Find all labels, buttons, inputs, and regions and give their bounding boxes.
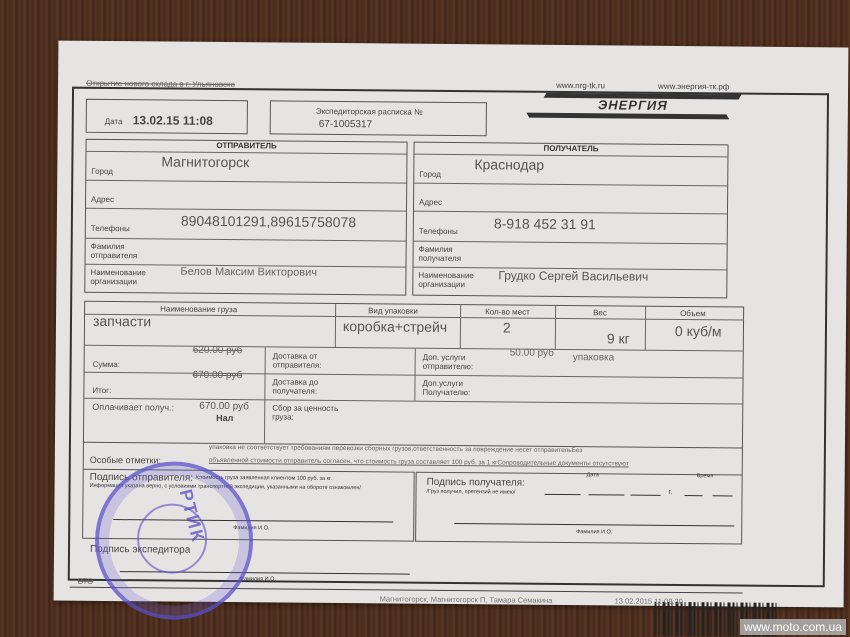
recipient-phones-label: Телефоны (419, 227, 458, 236)
sender-org: Белов Максим Викторович (180, 266, 317, 279)
recipient-fio-label: Фамилия И.О. (576, 529, 612, 535)
sender-phones: 89048101291,89615758078 (181, 213, 356, 231)
recipient-title: ПОЛУЧАТЕЛЬ (414, 143, 727, 158)
payer-value: 670.00 руб (199, 401, 249, 412)
sender-surname-label: Фамилия отправителя (91, 242, 151, 261)
cargo-volume: 0 куб/м (675, 323, 722, 339)
recipient-org: Грудко Сергей Васильевич (498, 268, 648, 283)
extra-recipient-label: Доп.услуги Получателю: (422, 379, 502, 398)
sender-org-label: Наименование организации (90, 268, 150, 287)
delivery-to-label: Доставка до получателя: (272, 377, 352, 396)
footer-operator: Магнитогорск, Магнитогорск П, Тамара Сем… (380, 594, 553, 605)
form-frame: Дата 13.02.15 11:08 Экспедиторская распи… (68, 87, 829, 588)
receipt-label: Экспедиторская расписка № (316, 107, 423, 117)
notes-line-2: объявленной стоимости отправитель соглас… (209, 457, 629, 468)
cargo-header-packaging: Вид упаковки (368, 306, 418, 315)
notes-line-1: упаковка не соответствует требованиям пе… (209, 444, 583, 454)
recipient-hour-field[interactable] (685, 495, 703, 496)
payer-label: Оплачивает получ.: (92, 402, 174, 413)
footer-code: ВТО (78, 577, 94, 586)
value-fee-label: Сбор за ценность груза: (272, 403, 352, 422)
watermark: www.moto.com.ua (740, 619, 846, 635)
recipient-year-suffix: г. (669, 489, 673, 496)
sender-address-label: Адрес (91, 195, 114, 204)
recipient-signature-label: Подпись получателя: (427, 477, 525, 489)
total-label: Итог: (92, 386, 111, 395)
recipient-phones: 8-918 452 31 91 (494, 215, 596, 232)
cargo-weight: 9 кг (607, 330, 630, 346)
extra-sender-label: Доп. услуги отправителю: (423, 353, 503, 372)
date-value: 13.02.15 11:08 (133, 113, 213, 128)
recipient-signature-line[interactable] (454, 523, 734, 526)
cargo-places: 2 (503, 319, 511, 335)
site-link-2: www.энергия-тк.рф (658, 82, 729, 92)
recipient-date-label: Дата (587, 472, 599, 478)
cargo-packaging: коробка+стрейч (343, 318, 447, 335)
recipient-time-label: Время (697, 473, 714, 479)
recipient-year-field[interactable] (631, 495, 661, 496)
recipient-address-label: Адрес (419, 198, 442, 207)
forwarder-fio-label: Фамилия И.О. (240, 576, 276, 582)
recipient-city: Краснодар (474, 156, 544, 173)
date-label: Дата (105, 117, 123, 126)
sum-label: Сумма: (93, 360, 120, 369)
sender-city-label: Город (91, 167, 113, 176)
sender-phones-label: Телефоны (91, 224, 130, 233)
recipient-month-field[interactable] (589, 494, 625, 495)
recipient-minute-field[interactable] (713, 495, 733, 496)
site-link-1: www.nrg-tk.ru (556, 81, 605, 90)
recipient-city-label: Город (419, 170, 441, 179)
footer-printed-time: 13.02.2015 11:09:30 (615, 596, 683, 606)
recipient-surname-label: Фамилия получателя (419, 245, 479, 264)
company-stamp: РТИК (94, 461, 253, 620)
recipient-signature-note: /Груз получил, претензий не имею/ (427, 489, 516, 496)
delivery-from-label: Доставка от отправителя: (273, 351, 353, 370)
receipt-number-box: Экспедиторская расписка № 67-1005317 (270, 100, 487, 136)
payer-note: Нал (216, 413, 233, 423)
cargo-header-weight: Вес (593, 308, 607, 317)
cargo-header-volume: Объем (680, 309, 706, 318)
extra-sender-value: 50.00 руб (510, 348, 554, 359)
extra-sender-note: упаковка (573, 352, 615, 363)
sender-section: ОТПРАВИТЕЛЬ Город Магнитогорск Адрес Тел… (84, 139, 407, 296)
sum-value: 620.00 руб (193, 345, 243, 356)
receipt-paper: Открытие нового склада в г. Ульяновске w… (54, 41, 849, 608)
date-box: Дата 13.02.15 11:08 (86, 99, 248, 134)
notes-label: Особые отметки: (90, 455, 161, 466)
cargo-header-places: Кол-во мест (485, 307, 530, 316)
recipient-section: ПОЛУЧАТЕЛЬ Город Краснодар Адрес Телефон… (412, 142, 728, 299)
sender-title: ОТПРАВИТЕЛЬ (86, 140, 406, 155)
total-value: 670.00 руб (192, 370, 242, 381)
sender-city: Магнитогорск (161, 153, 249, 170)
cargo-header-name: Наименование груза (160, 304, 237, 314)
recipient-day-field[interactable] (545, 494, 581, 495)
recipient-signature-box: Подпись получателя: /Груз получил, прете… (415, 472, 743, 545)
cargo-name: запчасти (93, 313, 151, 330)
cargo-section: Наименование груза Вид упаковки Кол-во м… (83, 301, 744, 449)
receipt-number: 67-1005317 (319, 119, 372, 130)
recipient-org-label: Наименование организации (418, 271, 478, 290)
